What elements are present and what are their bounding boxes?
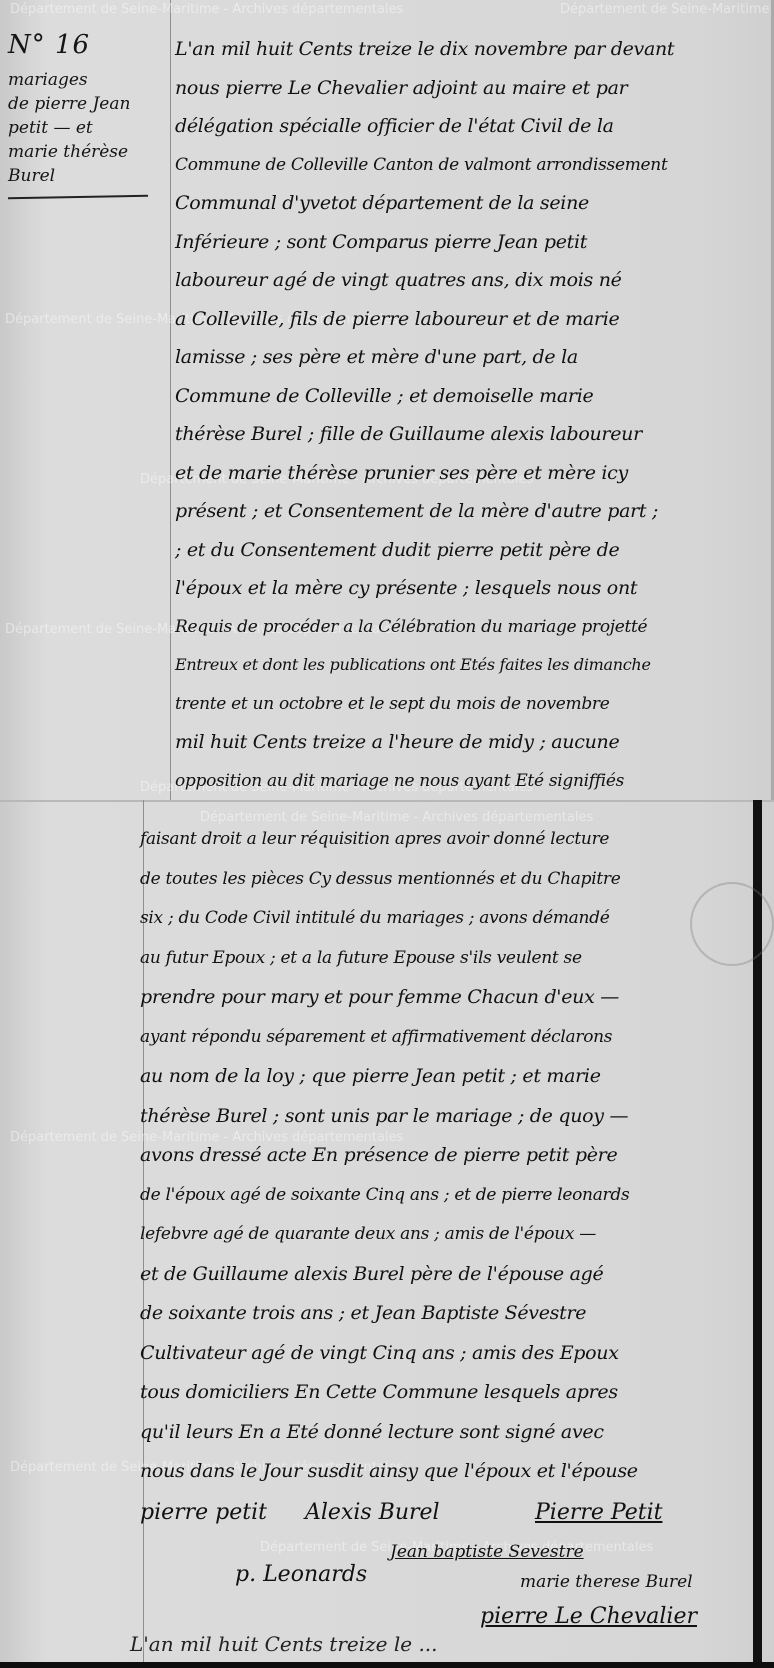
margin-note: N° 16 mariages de pierre Jean petit — et…	[8, 30, 163, 198]
text-line: Communal d'yvetot département de la sein…	[175, 184, 765, 223]
text-line: trente et un octobre et le sept du mois …	[175, 685, 765, 724]
ink-mark: ˇ	[55, 800, 62, 808]
signature-bride: marie therese Burel	[520, 1572, 693, 1592]
record-number: N° 16	[8, 30, 163, 60]
text-line: nous dans le Jour susdit ainsy que l'épo…	[140, 1452, 750, 1492]
text-line: Commune de Colleville ; et demoiselle ma…	[175, 377, 765, 416]
text-line: Cultivateur agé de vingt Cinq ans ; amis…	[140, 1334, 750, 1374]
text-line: a Colleville, fils de pierre laboureur e…	[175, 300, 765, 339]
text-line: L'an mil huit Cents treize le dix novemb…	[175, 30, 765, 69]
signature-officer: pierre Le Chevalier	[480, 1604, 697, 1629]
text-line: prendre pour mary et pour femme Chacun d…	[140, 978, 750, 1018]
scan-border	[0, 1662, 774, 1668]
text-line: de soixante trois ans ; et Jean Baptiste…	[140, 1294, 750, 1334]
text-line: délégation spécialle officier de l'état …	[175, 107, 765, 146]
record-body-top: L'an mil huit Cents treize le dix novemb…	[175, 30, 765, 800]
text-line: l'époux et la mère cy présente ; lesquel…	[175, 569, 765, 608]
margin-note-line: Burel	[8, 164, 163, 188]
text-line: qu'il leurs En a Eté donné lecture sont …	[140, 1413, 750, 1453]
text-line: avons dressé acte En présence de pierre …	[140, 1136, 750, 1176]
text-line: ayant répondu séparement et affirmativem…	[140, 1018, 750, 1058]
faint-bleedthrough	[10, 320, 130, 410]
text-line: Requis de procéder a la Célébration du m…	[175, 608, 765, 647]
margin-note-line: de pierre Jean	[8, 92, 163, 116]
text-line: présent ; et Consentement de la mère d'a…	[175, 492, 765, 531]
text-line: Inférieure ; sont Comparus pierre Jean p…	[175, 223, 765, 262]
text-line: Entreux et dont les publications ont Eté…	[175, 646, 765, 685]
text-line: lefebvre agé de quarante deux ans ; amis…	[140, 1215, 750, 1255]
margin-rule	[170, 0, 171, 800]
text-line: au nom de la loy ; que pierre Jean petit…	[140, 1057, 750, 1097]
text-line: six ; du Code Civil intitulé du mariages…	[140, 899, 750, 939]
watermark: Département de Seine-Maritime - Archives…	[560, 2, 774, 17]
text-line: faisant droit a leur réquisition apres a…	[140, 820, 750, 860]
register-page-top: Département de Seine-Maritime - Archives…	[0, 0, 774, 800]
text-line: et de marie thérèse prunier ses père et …	[175, 454, 765, 493]
margin-note-line: marie thérèse	[8, 140, 163, 164]
signature-groom-father: Pierre Petit	[535, 1500, 662, 1525]
text-line: ; et du Consentement dudit pierre petit …	[175, 531, 765, 570]
next-entry-start: L'an mil huit Cents treize le ...	[130, 1632, 438, 1656]
text-line: thérèse Burel ; sont unis par le mariage…	[140, 1097, 750, 1137]
text-line: nous pierre Le Chevalier adjoint au mair…	[175, 69, 765, 108]
text-line: de toutes les pièces Cy dessus mentionné…	[140, 860, 750, 900]
text-line: laboureur agé de vingt quatres ans, dix …	[175, 261, 765, 300]
signature-groom: pierre petit	[140, 1500, 267, 1525]
signature-witness: Jean baptiste Sevestre	[390, 1542, 584, 1562]
margin-note-line: petit — et	[8, 116, 163, 140]
text-line: lamisse ; ses père et mère d'une part, d…	[175, 338, 765, 377]
signature-bride-father: Alexis Burel	[305, 1500, 440, 1525]
signature-witness: p. Leonards	[235, 1562, 367, 1587]
text-line: tous domiciliers En Cette Commune lesque…	[140, 1373, 750, 1413]
margin-note-underline	[8, 195, 148, 199]
text-line: mil huit Cents treize a l'heure de midy …	[175, 723, 765, 762]
text-line: au futur Epoux ; et a la future Epouse s…	[140, 939, 750, 979]
text-line: opposition au dit mariage ne nous ayant …	[175, 762, 765, 801]
text-line: de l'époux agé de soixante Cinq ans ; et…	[140, 1176, 750, 1216]
register-page-bottom: ˇ Département de Seine-Maritime - Archiv…	[0, 800, 774, 1668]
text-line: Commune de Colleville Canton de valmont …	[175, 146, 765, 185]
text-line: et de Guillaume alexis Burel père de l'é…	[140, 1255, 750, 1295]
watermark: Département de Seine-Maritime - Archives…	[10, 2, 403, 17]
text-line: thérèse Burel ; fille de Guillaume alexi…	[175, 415, 765, 454]
record-body-bottom: faisant droit a leur réquisition apres a…	[140, 820, 750, 1492]
margin-note-line: mariages	[8, 68, 163, 92]
